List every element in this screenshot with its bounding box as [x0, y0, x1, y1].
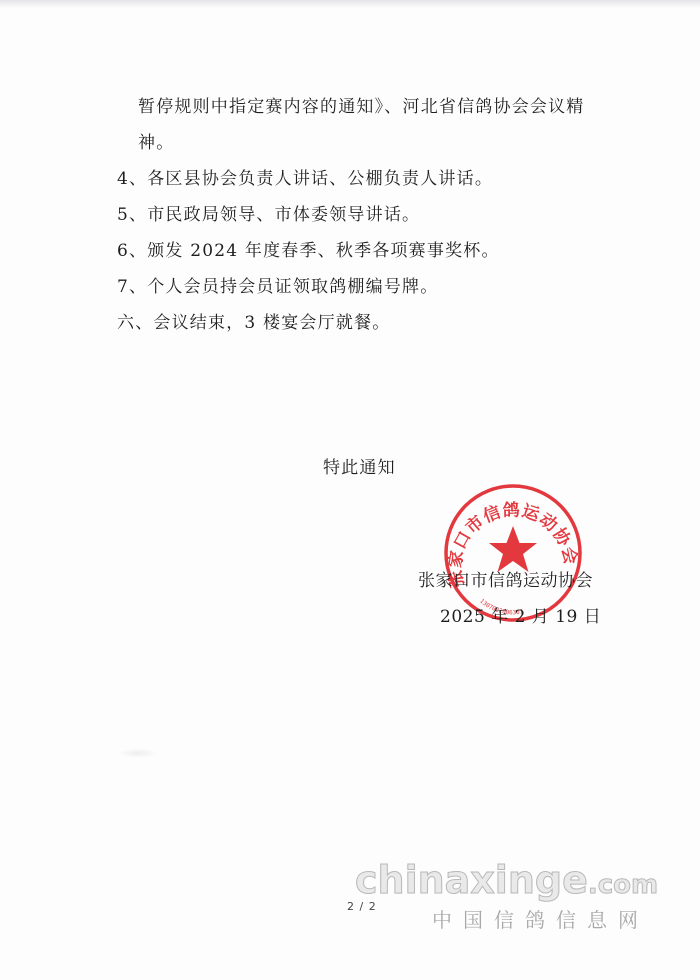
signature-organization: 张家口市信鸽运动协会 [418, 566, 593, 591]
section-six-line: 六、会议结束，3 楼宴会厅就餐。 [117, 308, 390, 333]
agenda-item-7: 7、个人会员持会员证领取鸽棚编号牌。 [117, 272, 438, 297]
closing-text: 特此通知 [323, 453, 396, 478]
page-number: 2 / 2 [347, 900, 377, 913]
agenda-item-5: 5、市民政局领导、市体委领导讲话。 [117, 200, 420, 225]
page-edge [0, 0, 700, 8]
body-line-2: 神。 [138, 128, 174, 153]
scan-smudge [118, 748, 158, 758]
watermark-site-name: 中国信鸽信息网 [432, 904, 649, 933]
watermark-domain: chinaxinge.com [355, 858, 658, 902]
signature-date: 2025 年 2 月 19 日 [440, 602, 601, 627]
body-line-1: 暂停规则中指定赛内容的通知》、河北省信鸽协会会议精 [138, 92, 585, 117]
agenda-item-6: 6、颁发 2024 年度春季、秋季各项赛事奖杯。 [117, 236, 500, 261]
watermark-tld: .com [588, 870, 658, 900]
watermark-site: chinaxinge [355, 858, 588, 902]
agenda-item-4: 4、各区县协会负责人讲话、公棚负责人讲话。 [117, 164, 493, 189]
